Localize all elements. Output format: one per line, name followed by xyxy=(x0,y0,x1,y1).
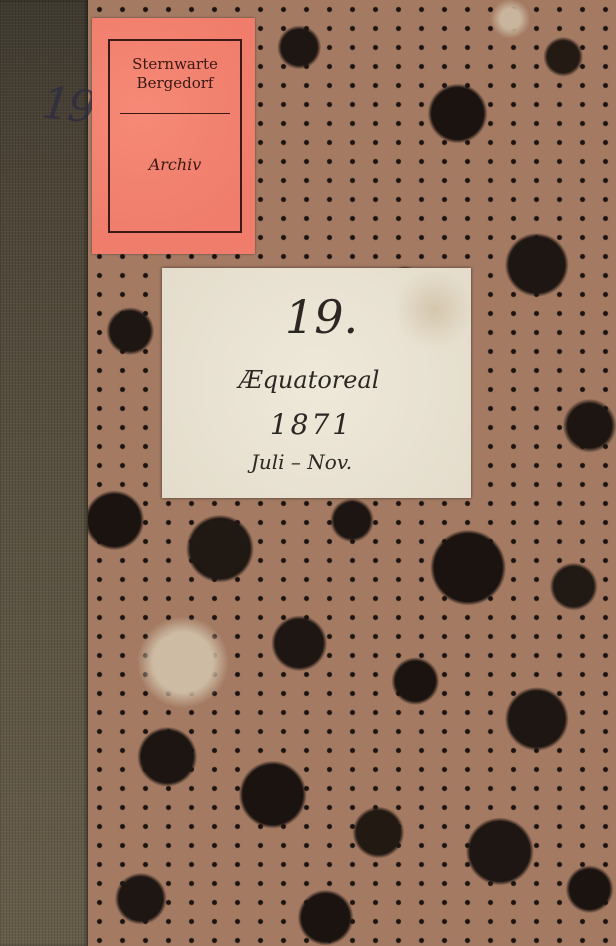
volume-year: 1871 xyxy=(152,408,471,441)
archive-label-divider xyxy=(120,113,230,114)
archive-label-archiv: Archiv xyxy=(110,155,240,174)
archive-label-institution-line1: Sternwarte xyxy=(110,55,240,73)
volume-title: Æquatoreal xyxy=(147,366,471,394)
handwritten-paper-label: 19. Æquatoreal 1871 Juli – Nov. xyxy=(162,268,471,498)
volume-number: 19. xyxy=(172,290,471,344)
archive-label: Sternwarte Bergedorf Archiv xyxy=(92,18,255,254)
spine-handwritten-number: 19 xyxy=(39,77,96,133)
cloth-spine: 19 xyxy=(0,0,88,946)
archive-label-institution-line2: Bergedorf xyxy=(110,74,240,92)
archive-label-frame: Sternwarte Bergedorf Archiv xyxy=(108,39,242,233)
book-cover: 19 Sternwarte Bergedorf Archiv 19. Æquat… xyxy=(0,0,616,946)
volume-months: Juli – Nov. xyxy=(132,450,471,474)
